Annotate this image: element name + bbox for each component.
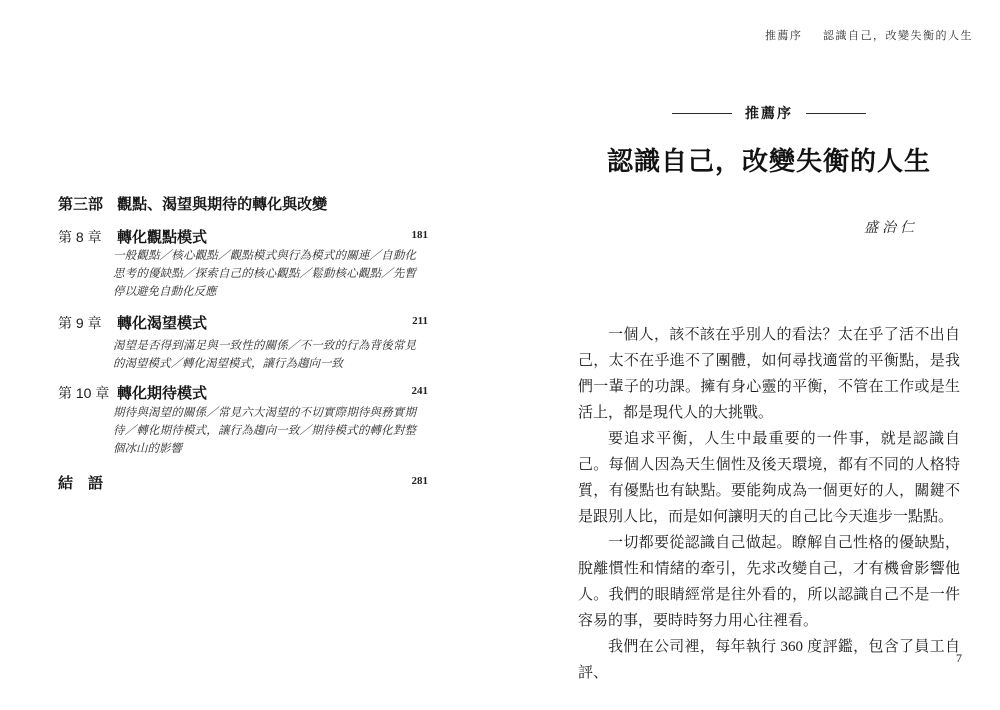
toc-chapter-description: 一般觀點／核心觀點／觀點模式與行為模式的關連／自動化思考的優缺點／探索自己的核心… [113,248,416,301]
foreword-paragraph: 我們在公司裡，每年執行 360 度評鑑，包含了員工自評、 [578,634,960,686]
foreword-paragraph: 一個人，該不該在乎別人的看法？太在乎了活不出自己，太不在乎進不了團體，如何尋找適… [578,322,960,426]
toc-chapter-page-number: 181 [412,229,429,241]
toc-part-title: 觀點、渴望與期待的轉化與改變 [117,196,327,213]
foreword-paragraph: 一切都要從認識自己做起。瞭解自己性格的優缺點，脫離慣性和情緒的牽引，先求改變自己… [578,530,960,634]
toc-chapter-label: 第 9 章 [58,313,113,333]
toc-chapter-title: 轉化渴望模式 [117,315,207,332]
toc-part-label: 第三部 [58,193,113,214]
toc-chapter-title: 轉化期待模式 [117,385,207,402]
toc-chapter-row: 第 8 章 轉化觀點模式 181 [58,226,428,247]
foreword-body: 一個人，該不該在乎別人的看法？太在乎了活不出自己，太不在乎進不了團體，如何尋找適… [578,322,960,686]
running-header-title: 認識自己，改變失衡的人生 [823,30,973,42]
toc-chapter-description: 期待與渴望的關係／常見六大渴望的不切實際期待與務實期待／轉化期待模式，讓行為趨向… [113,405,416,458]
toc-chapter-title: 轉化觀點模式 [117,229,207,246]
running-header: 推薦序 認識自己，改變失衡的人生 [765,27,973,43]
section-label-row: 推薦序 [578,103,960,123]
toc-chapter-row: 第 10 章 轉化期待模式 241 [58,382,428,403]
toc-chapter-page-number: 241 [412,385,429,397]
toc-ending-label: 結 語 [58,472,103,493]
toc-ending-row: 結 語 281 [58,472,428,493]
toc-part-heading: 第三部 觀點、渴望與期待的轉化與改變 [58,193,428,214]
toc-chapter-description: 渴望是否得到滿足與一致性的關係／不一致的行為背後常見的渴望模式／轉化渴望模式，讓… [113,338,416,374]
foreword-author: 盛治仁 [578,217,960,237]
right-rule [806,113,866,114]
page-number: 7 [956,651,962,666]
left-rule [672,113,732,114]
toc-chapter-label: 第 10 章 [58,383,113,403]
book-spread: 第三部 觀點、渴望與期待的轉化與改變 第 8 章 轉化觀點模式 181 一般觀點… [0,0,1000,710]
running-header-section: 推薦序 [765,30,803,42]
toc-chapter-page-number: 211 [412,315,428,327]
toc-chapter-row: 第 9 章 轉化渴望模式 211 [58,312,428,333]
foreword-title: 認識自己，改變失衡的人生 [568,141,970,178]
foreword-paragraph: 要追求平衡，人生中最重要的一件事，就是認識自己。每個人因為天生個性及後天環境，都… [578,426,960,530]
section-label: 推薦序 [745,103,793,123]
toc-chapter-label: 第 8 章 [58,227,113,247]
toc-ending-page-number: 281 [412,475,429,487]
